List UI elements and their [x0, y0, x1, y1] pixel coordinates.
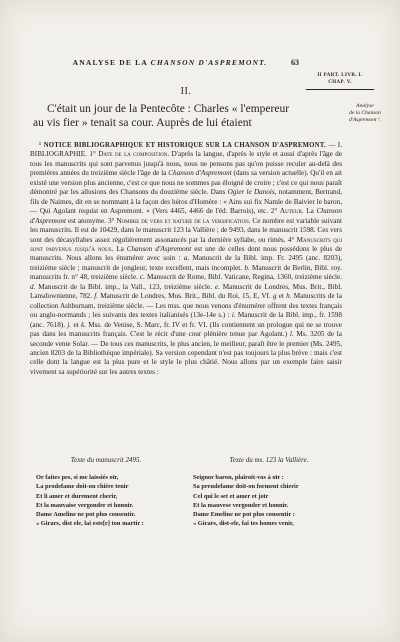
footnote-segment: Manuscrit de Londres, Mus. Brit., Bibl. …	[98, 292, 273, 300]
verse-line: Seignor baron, plairoit-vos à oïr :	[193, 473, 345, 482]
main-text-line: C'était un jour de la Pentecôte : Charle…	[33, 103, 331, 117]
margin-note-line: d'Aspremont ¹.	[334, 117, 396, 124]
footnote-segment: La	[304, 207, 317, 215]
verse-line: Et li amer et durement cherir,	[36, 492, 182, 501]
footnote-segment: Ogier le Danois	[228, 188, 275, 196]
footnote-text: ¹ NOTICE BIBLIOGRAPHIQUE ET HISTORIQUE S…	[30, 141, 342, 377]
footnote-segment: La	[113, 245, 126, 253]
verse-line: Et la mauvese vergonder et honnir.	[193, 501, 345, 510]
margin-note-line: de la Chanson	[334, 110, 396, 117]
verse-line: « Girars, dist-ele, fai tes homes venir,	[193, 519, 345, 528]
verse-col-left-header: Texte du manuscrit 2495.	[30, 456, 182, 464]
verse-line: Dame Emeline ne pot plus consentir :	[193, 510, 345, 519]
verse-line: Dame Ameline ne pot plus consentir.	[36, 510, 182, 519]
verse-line: La prodefame doit-on chière tenir	[36, 482, 182, 491]
main-text: C'était un jour de la Pentecôte : Charle…	[33, 103, 331, 130]
verse-line: Sa preudefame doit-on forment chierir	[193, 482, 345, 491]
footnote-segment: et	[71, 321, 81, 329]
running-header-italic: CHANSON D'ASPREMONT.	[151, 58, 268, 67]
verse-col-left: Texte du manuscrit 2495. Or faites pes, …	[30, 456, 182, 529]
footnote-segment: Auteur.	[280, 207, 304, 215]
main-text-line: au vis fier » tenait sa cour. Auprès de …	[33, 117, 331, 131]
verse-col-right-header: Texte du ms. 123 la Vallière.	[193, 456, 345, 464]
footnote-segment: Chanson d'Aspremont	[127, 245, 192, 253]
footnote-segment: Chanson d'Aspremont	[168, 169, 231, 177]
footnote-segment: et	[277, 292, 287, 300]
footnote-segment: ¹ NOTICE BIBLIOGRAPHIQUE ET HISTORIQUE S…	[39, 142, 326, 149]
book-page: ANALYSE DE LA CHANSON D'ASPREMONT. 63 II…	[0, 0, 400, 642]
verse-line: Et la mauvaise vergonder et honnir.	[36, 501, 182, 510]
margin-note: Analyse de la Chanson d'Aspremont ¹.	[334, 103, 396, 125]
footnote-segment: Nombre de vers et nature de la versifica…	[116, 217, 250, 225]
footnote-segment: Manuscrit de la Bibl. imp., la Vall., 12…	[35, 283, 214, 291]
verse-line: Cel qui le set et amer et joïr	[193, 492, 345, 501]
verse-col-right-lines: Seignor baron, plairoit-vos à oïr :Sa pr…	[193, 473, 345, 529]
margin-part-line1: II PART. LIVR. I.	[306, 72, 374, 79]
footnote-segment: Manuscrit de Rome, Bibl. Vaticane, Regin…	[145, 273, 342, 281]
margin-part-line2: CHAP. V.	[306, 79, 374, 86]
running-header-plain: ANALYSE DE LA	[73, 58, 151, 67]
page-number: 63	[291, 58, 299, 67]
section-heading: II.	[30, 86, 342, 97]
verse-col-right: Texte du ms. 123 la Vallière. Seignor ba…	[193, 456, 345, 529]
footnote-segment: Date de la composition.	[98, 150, 169, 158]
verse-line: « Girars, dist ele, lai este[r] ton mart…	[36, 519, 182, 528]
verse-comparison: Texte du manuscrit 2495. Or faites pes, …	[30, 456, 345, 529]
margin-note-line: Analyse	[334, 103, 396, 110]
footnote-segment: est anonyme. 3°	[66, 217, 116, 225]
running-header: ANALYSE DE LA CHANSON D'ASPREMONT.	[55, 58, 285, 67]
verse-line: Or faites pes, si me laissiés oïr,	[36, 473, 182, 482]
verse-col-left-lines: Or faites pes, si me laissiés oïr,La pro…	[30, 473, 182, 529]
